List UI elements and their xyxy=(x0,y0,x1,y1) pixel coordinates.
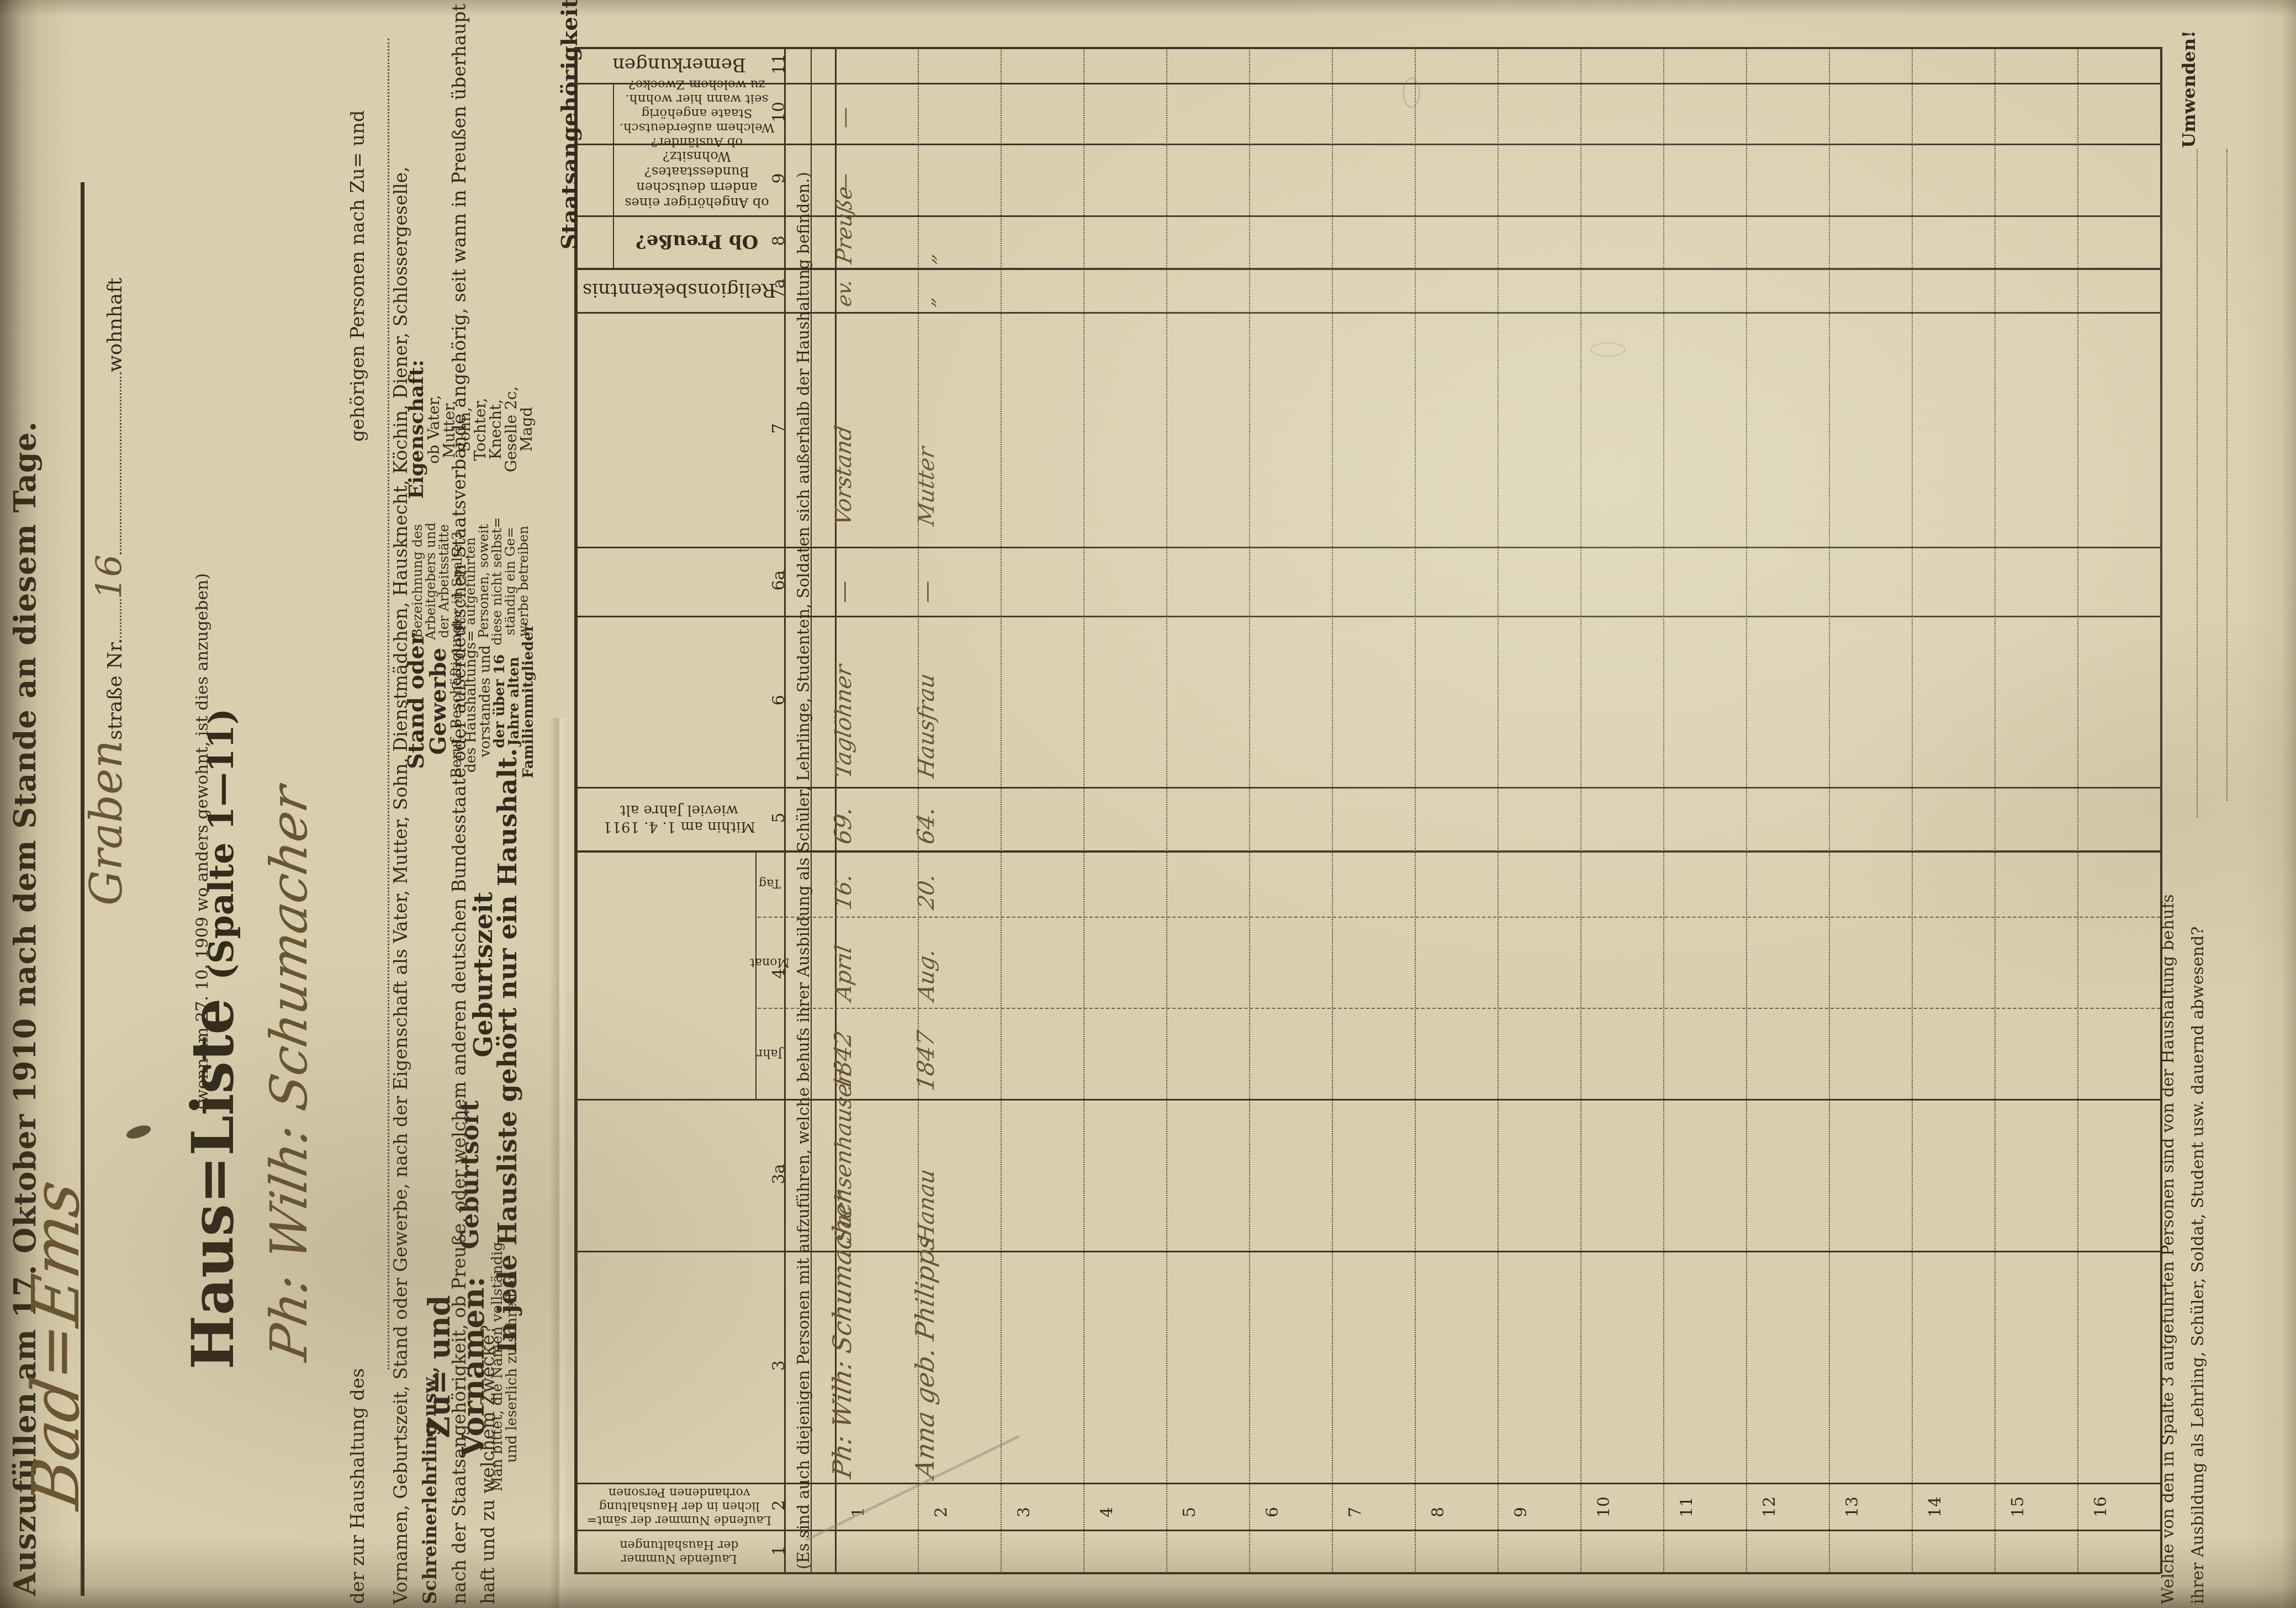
column-header-7-line: Geselle 2c, xyxy=(504,387,519,473)
paper-fold-crease xyxy=(549,718,568,1608)
row-separator-dotted xyxy=(1415,47,1416,1574)
column-header-5-line: wieviel Jahre alt xyxy=(620,802,738,819)
street-line: Grabenstraße Nr.16wohnhaft xyxy=(84,33,129,906)
column-header-3-line: Zu= und xyxy=(424,1295,454,1438)
title-suffix: (Spalte 1—11) xyxy=(201,708,241,980)
column-number-9: 9 xyxy=(771,166,787,191)
row-2-age: 64. xyxy=(914,784,938,846)
dotted-gap xyxy=(120,372,121,554)
column-header-6a-line: der Arbeitsstätte xyxy=(437,524,451,638)
row-separator-dotted xyxy=(1829,47,1830,1574)
column-header-6: Stand oderGewerbeBeruf, Beschäftigungdes… xyxy=(367,616,574,787)
row-11-nr: 11 xyxy=(1679,1484,1695,1517)
column-header-2-line: lichen in der Haushaltung xyxy=(599,1499,760,1513)
column-header-10-line: seit wann hier wohnh. xyxy=(625,92,768,106)
row-separator-dotted xyxy=(2077,47,2078,1574)
column-header-7-line: Knecht, xyxy=(488,399,504,459)
column-header-6a-line: Arbeitgebers und xyxy=(424,522,437,640)
column-number-10: 10 xyxy=(771,100,787,124)
column-header-6a-line: ständig ein Ge= xyxy=(504,527,517,635)
column-header-6a-line: werbe betreiben xyxy=(517,526,530,637)
row-2-nr: 2 xyxy=(933,1484,950,1517)
row-1-day: 16. xyxy=(833,852,855,911)
row-separator-dotted xyxy=(1995,47,1996,1574)
row-1-role: Vorstand xyxy=(833,341,855,527)
column-header-7-line: ob Vater, xyxy=(426,395,442,464)
row-separator-dotted xyxy=(1166,47,1167,1574)
geburtszeit-subcolumn-dashed-1 xyxy=(758,1008,2160,1009)
column-header-6a-line: Bezeichnung des xyxy=(411,524,424,638)
row-16-nr: 16 xyxy=(2093,1484,2109,1517)
column-header-7a: Religionsbekenntnis xyxy=(576,268,782,312)
row-14-nr: 14 xyxy=(1927,1484,1944,1517)
row-separator-dotted xyxy=(1249,47,1250,1574)
title-main: Haus=Liste xyxy=(179,998,247,1369)
row-2-religion: „ xyxy=(918,263,938,308)
subcolumn-label-monat: Monat xyxy=(758,917,782,1008)
page-title: Haus=Liste (Spalte 1—11) xyxy=(184,574,242,1369)
scanned-census-page: Auszufüllen am 17. Oktober 1910 nach dem… xyxy=(0,0,2296,1608)
column-header-6-line: Jahre alten xyxy=(507,657,521,746)
row-1-employer: — xyxy=(833,546,855,605)
row-1-year: 1842 xyxy=(832,1006,855,1092)
row-separator-dotted xyxy=(1912,47,1913,1574)
column-number-11: 11 xyxy=(771,52,787,76)
row-1-age: 69. xyxy=(832,784,855,846)
column-number-6: 6 xyxy=(771,688,787,712)
column-header-10: ob Ausländer?Welchem außerdeutsch.Staate… xyxy=(614,83,780,144)
street-printed-label: straße Nr. xyxy=(104,638,126,740)
column-header-6-line: Stand oder xyxy=(405,633,427,769)
column-header-7-line: Magd xyxy=(519,407,535,452)
umwenden-label: Umwenden! xyxy=(2180,54,2198,148)
column-header-9-line: andern deutschen xyxy=(636,179,757,195)
column-header-11-line: Bemerkungen xyxy=(612,54,746,76)
column-header-6-line: Gewerbe xyxy=(427,648,449,755)
column-header-1-line: Laufende Nummer xyxy=(621,1552,737,1565)
column-header-6-line: Familienmitglieder xyxy=(521,625,536,779)
column-header-7-line: Mutter, xyxy=(442,400,457,458)
column-header-11: Bemerkungen xyxy=(576,47,782,83)
row-1-name: Ph: Wilh: Schumacher xyxy=(829,1230,855,1480)
column-header-6-line: Beruf, Beschäftigung xyxy=(449,625,464,779)
column-header-3-line: Vornamen: xyxy=(458,1277,488,1457)
subcolumn-label-tag: Tag xyxy=(758,850,782,917)
row-separator-dotted xyxy=(1332,47,1333,1574)
column-header-3-line: und leserlich zu schreiben xyxy=(505,1271,519,1463)
place-handwritten: Bad=Ems xyxy=(23,1126,88,1513)
column-header-8-line: Ob Preuße? xyxy=(636,231,758,253)
column-header-4-line: Geburtszeit xyxy=(470,892,496,1057)
table-outer-left-border xyxy=(574,1572,2160,1574)
column-header-1: Laufende Nummerder Haushaltungen xyxy=(576,1530,782,1574)
bottom-answer-dotted-2 xyxy=(2226,149,2228,801)
column-header-5-line: Mithin am 1. 4. 1911 xyxy=(603,819,755,835)
group-header-staatsangehoerigkeit: Staatsangehörigkeit xyxy=(559,84,581,250)
column-number-6a: 6a xyxy=(771,568,787,593)
row-separator-dotted xyxy=(1580,47,1581,1574)
column-header-6-line: der über 16 xyxy=(493,654,507,748)
row-1-foreigner: — xyxy=(834,73,855,130)
column-header-10-line: Staate angehörig xyxy=(641,106,752,120)
column-number-2: 2 xyxy=(771,1493,787,1517)
row-2-trade: Hausfrau xyxy=(916,613,938,780)
row-2-employer: — xyxy=(916,546,938,605)
column-number-5: 5 xyxy=(771,806,787,830)
column-number-7: 7 xyxy=(771,416,787,441)
row-1-other-state: — xyxy=(834,140,855,196)
bleedthrough-mark xyxy=(1403,77,1420,108)
column-number-3a: 3a xyxy=(771,1162,787,1186)
row-15-nr: 15 xyxy=(2010,1484,2027,1517)
column-number-8: 8 xyxy=(771,229,787,253)
row-7-nr: 7 xyxy=(1347,1484,1364,1517)
bottom-question-line-2: ihrer Ausbildung als Lehrling, Schüler, … xyxy=(2190,826,2207,1604)
column-header-9-line: ob Angehöriger eines xyxy=(625,195,769,210)
owner-prefix: der zur Haushaltung des xyxy=(348,1372,367,1604)
row-10-nr: 10 xyxy=(1596,1484,1612,1517)
street-handwritten: Graben xyxy=(81,740,132,906)
column-header-1-line: der Haushaltungen xyxy=(620,1538,738,1552)
column-number-7a: 7a xyxy=(771,277,787,301)
dotted-gap xyxy=(120,599,121,638)
row-separator-dotted xyxy=(1498,47,1499,1574)
row-2-role: Mutter xyxy=(916,341,938,527)
geburtszeit-sublabel-line xyxy=(755,850,756,1099)
table-note-line: (Es sind auch diejenigen Personen mit au… xyxy=(796,54,812,1569)
house-number-handwritten: 16 xyxy=(89,554,130,599)
row-6-nr: 6 xyxy=(1265,1484,1281,1517)
column-header-2: Laufende Nummer der sämt=lichen in der H… xyxy=(576,1483,782,1530)
column-header-6a-line: Personen, soweit xyxy=(477,524,490,638)
table-outer-right-border xyxy=(574,47,2160,49)
row-12-nr: 12 xyxy=(1761,1484,1778,1517)
row-2-preusse: „ xyxy=(917,159,938,265)
column-header-10-line: ob Ausländer? xyxy=(651,135,743,149)
column-header-3: Zu= undVornamen:Man bittet, die Namen vo… xyxy=(367,1251,574,1483)
row-1-birthplace: Sachsenhausen xyxy=(833,1103,855,1245)
col-separator-9 xyxy=(574,144,2160,145)
row-13-nr: 13 xyxy=(1844,1484,1861,1517)
column-number-1: 1 xyxy=(771,1538,787,1563)
row-3-nr: 3 xyxy=(1016,1484,1033,1517)
column-header-6-line: des Haushaltungs= xyxy=(464,630,478,773)
row-1-month: April xyxy=(833,916,855,1002)
row-separator-dotted xyxy=(1746,47,1747,1574)
row-1-trade: Taglöhner xyxy=(833,613,855,780)
column-header-7: Eigenschaft:ob Vater,Mutter,Sohn,Tochter… xyxy=(367,312,574,547)
column-header-7-line: Sohn, xyxy=(457,407,473,452)
column-header-6-line: vorstandes und xyxy=(478,646,493,758)
row-separator-dotted xyxy=(1663,47,1664,1574)
column-header-5: Mithin am 1. 4. 1911wieviel Jahre alt xyxy=(576,787,782,850)
column-header-4: Geburtszeit xyxy=(392,850,574,1099)
row-1-religion: ev. xyxy=(835,263,855,308)
column-header-3a: Geburtsort xyxy=(367,1099,574,1251)
column-header-2-line: vorhandenen Personen xyxy=(609,1485,750,1499)
row-2-birthplace: Hanau xyxy=(916,1103,938,1245)
column-header-3-line: Man bittet, die Namen vollständig xyxy=(490,1242,505,1491)
column-header-9: ob Angehöriger einesandern deutschenBund… xyxy=(614,144,780,215)
column-header-10-line: Welchem außerdeutsch. xyxy=(620,120,775,135)
row-9-nr: 9 xyxy=(1513,1484,1530,1517)
row-2-day: 20. xyxy=(916,852,938,911)
subcolumn-label-jahr: Jahr xyxy=(758,1008,782,1099)
row-2-year: 1847 xyxy=(914,1006,938,1092)
col-separator-10 xyxy=(574,83,2160,84)
row-5-nr: 5 xyxy=(1182,1484,1198,1517)
column-header-6a-line: aufgeführten xyxy=(464,537,477,625)
column-header-2-line: Laufende Nummer der sämt= xyxy=(587,1513,771,1527)
row-4-nr: 4 xyxy=(1099,1484,1115,1517)
column-header-7-line: Eigenschaft: xyxy=(406,359,426,499)
column-number-3: 3 xyxy=(771,1353,787,1378)
column-header-8: Ob Preuße? xyxy=(614,215,780,268)
row-separator-dotted xyxy=(1001,47,1002,1574)
bottom-question-line-1: Welche von den in Spalte 3 aufgeführten … xyxy=(2160,820,2177,1604)
column-header-3a-line: Geburtsort xyxy=(458,1101,483,1249)
row-separator-dotted xyxy=(1083,47,1084,1574)
ink-blot xyxy=(125,1123,152,1141)
column-header-6a: Bezeichnung desArbeitgebers undder Arbei… xyxy=(367,547,574,616)
column-header-7a-line: Religionsbekenntnis xyxy=(583,279,776,301)
column-header-9-line: Bundesstaates? xyxy=(644,164,749,179)
column-header-7-line: Tochter, xyxy=(473,398,488,461)
column-header-6a-line: der in Spalte 3 xyxy=(451,532,464,631)
owner-suffix: gehörigen Personen nach Zu= und xyxy=(348,33,367,442)
row-2-name: Anna geb. Philipps xyxy=(912,1230,938,1480)
owner-name-handwritten: Ph: Wilh: Schumacher xyxy=(264,781,315,1364)
wohnhaft-label: wohnhaft xyxy=(104,278,126,372)
bottom-answer-dotted-1 xyxy=(2197,149,2198,817)
column-header-9-line: Wohnsitz? xyxy=(663,149,731,164)
row-2-month: Aug. xyxy=(916,916,938,1002)
column-header-6a-line: diese nicht selbst= xyxy=(490,517,504,645)
bleedthrough-mark xyxy=(1590,342,1626,357)
row-8-nr: 8 xyxy=(1430,1484,1447,1517)
geburtszeit-subcolumn-dashed-0 xyxy=(758,917,2160,918)
